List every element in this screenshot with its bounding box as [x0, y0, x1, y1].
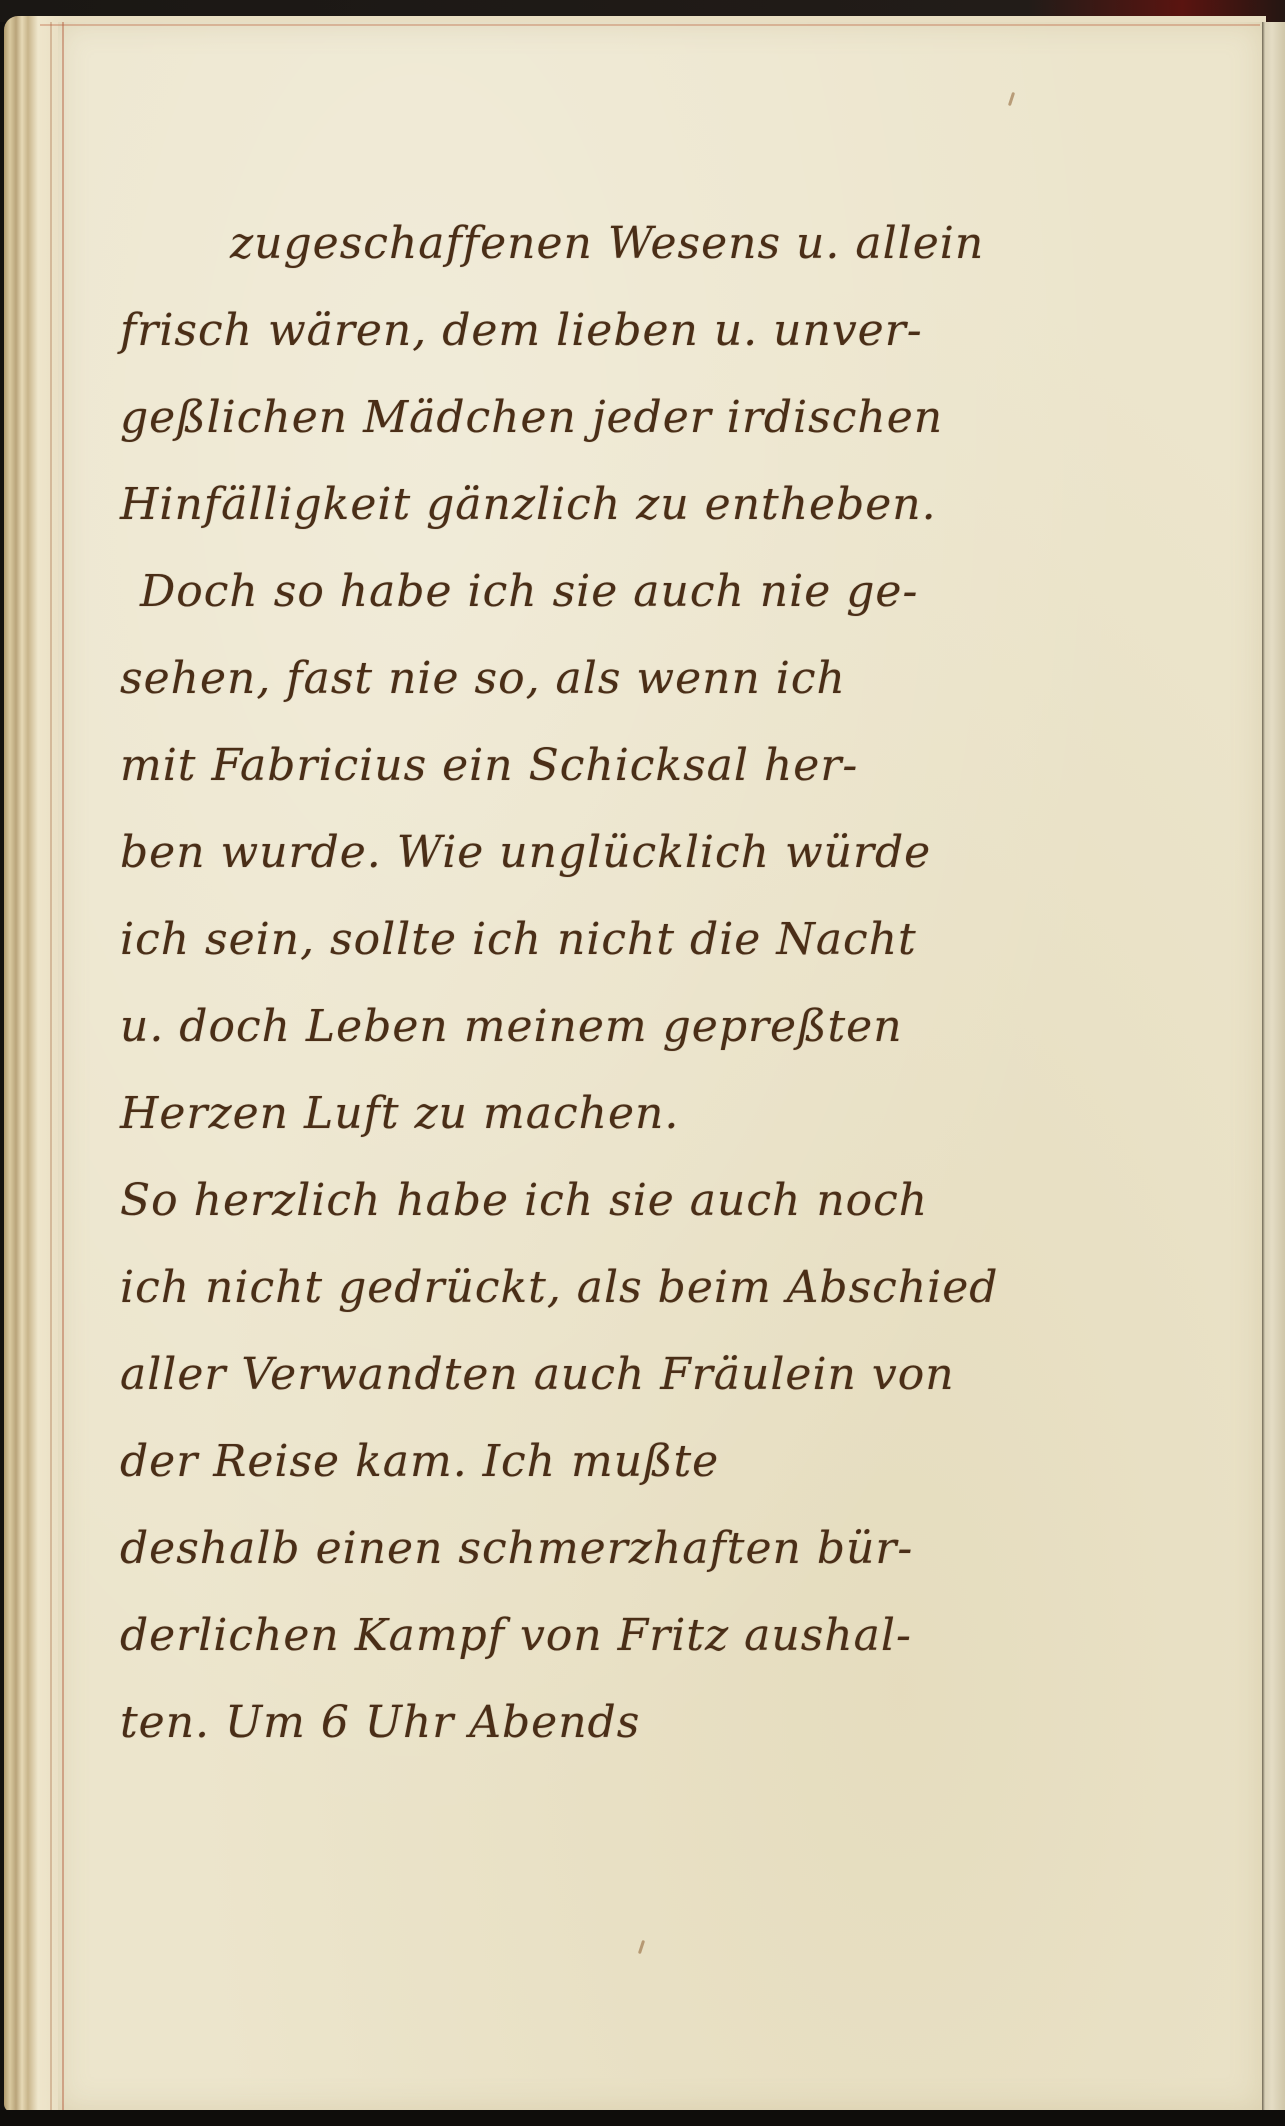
text-line: aller Verwandten auch Fräulein von: [120, 1331, 1200, 1418]
adjacent-page-edge: [1262, 22, 1285, 2112]
text-line: der Reise kam. Ich mußte: [120, 1418, 1200, 1505]
text-line: sehen, fast nie so, als wenn ich: [120, 635, 1200, 722]
handwritten-text: zugeschaffenen Wesens u. allein frisch w…: [120, 200, 1200, 1766]
margin-line: [62, 22, 64, 2110]
top-border-line: [40, 24, 1260, 26]
text-line: deshalb einen schmerzhaften bür-: [120, 1505, 1200, 1592]
text-line: So herzlich habe ich sie auch noch: [120, 1157, 1200, 1244]
text-line: ich nicht gedrückt, als beim Abschied: [120, 1244, 1200, 1331]
scanner-background-bottom: [0, 2110, 1285, 2126]
text-line: ben wurde. Wie unglücklich würde: [120, 809, 1200, 896]
text-line: ich sein, sollte ich nicht die Nacht: [120, 896, 1200, 983]
text-line: u. doch Leben meinem gepreßten: [120, 983, 1200, 1070]
text-line: geßlichen Mädchen jeder irdischen: [120, 374, 1200, 461]
text-line: Hinfälligkeit gänzlich zu entheben.: [120, 461, 1200, 548]
text-line: mit Fabricius ein Schicksal her-: [120, 722, 1200, 809]
text-line: zugeschaffenen Wesens u. allein: [120, 200, 1200, 287]
text-line: Herzen Luft zu machen.: [120, 1070, 1200, 1157]
text-line: derlichen Kampf von Fritz aushal-: [120, 1592, 1200, 1679]
margin-line-outer: [50, 22, 52, 2110]
text-line: Doch so habe ich sie auch nie ge-: [120, 548, 1200, 635]
text-line: frisch wären, dem lieben u. unver-: [120, 287, 1200, 374]
text-line: ten. Um 6 Uhr Abends: [120, 1679, 1200, 1766]
